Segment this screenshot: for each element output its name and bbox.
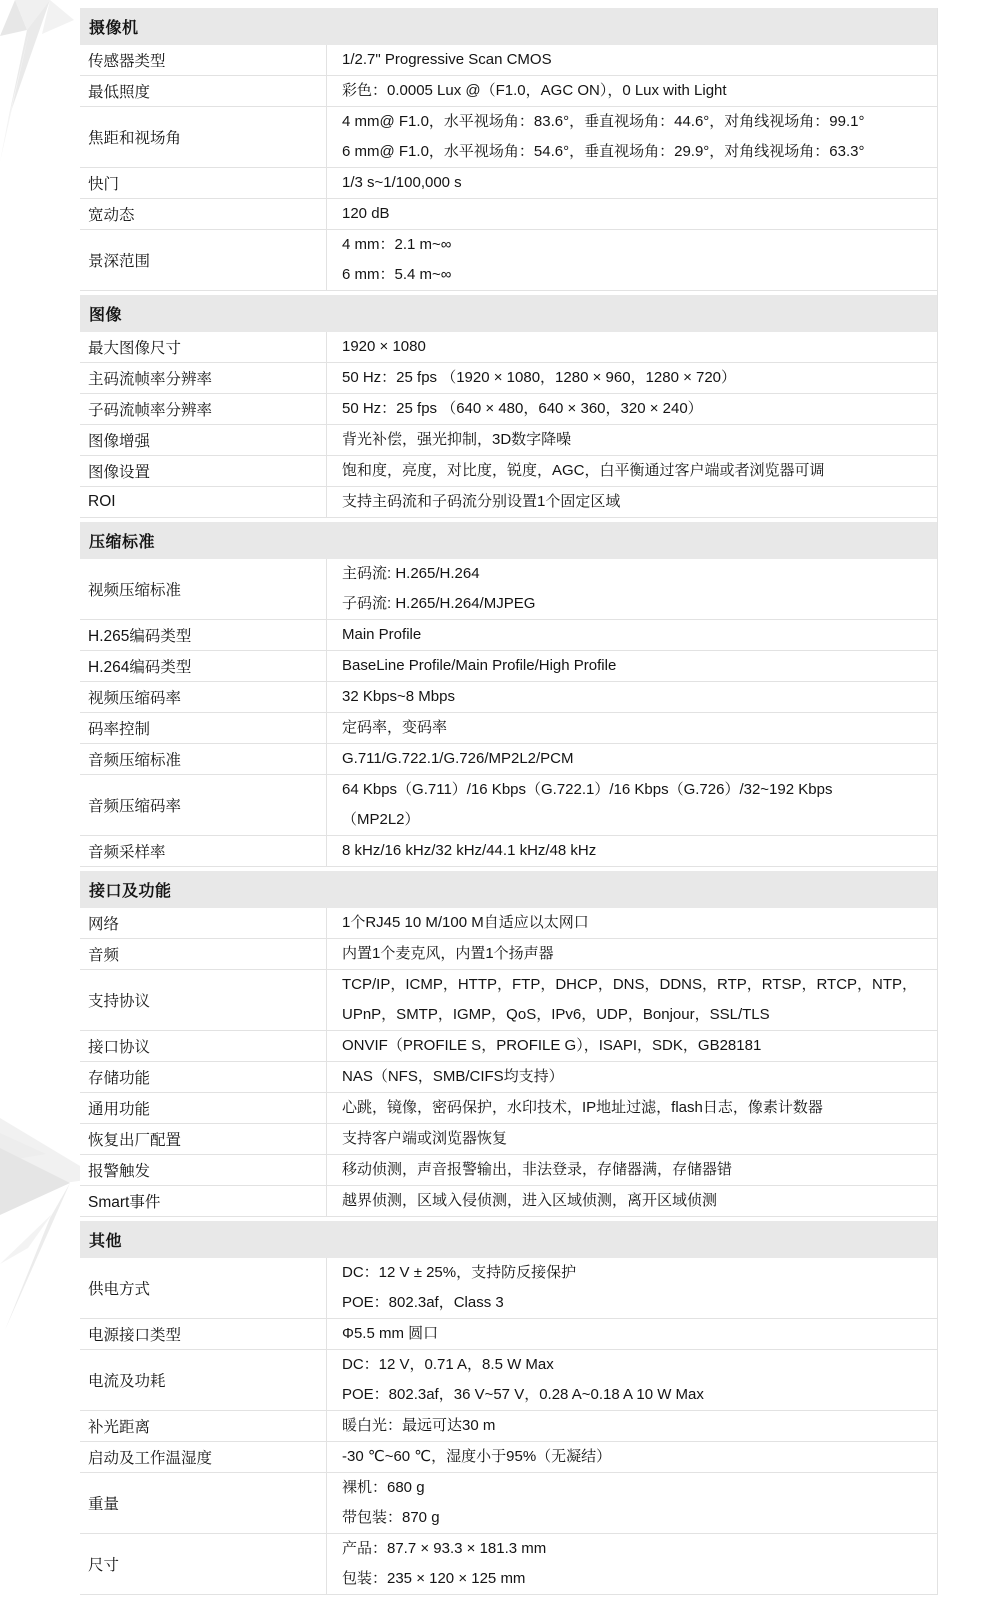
- section-title: 摄像机: [89, 15, 139, 38]
- section-title: 其他: [89, 1228, 122, 1251]
- spec-value: 32 Kbps~8 Mbps: [326, 682, 937, 712]
- spec-label: H.264编码类型: [80, 651, 326, 681]
- spec-row: 视频压缩码率 32 Kbps~8 Mbps: [80, 682, 937, 713]
- spec-label: 图像设置: [80, 456, 326, 486]
- spec-value-line: DC：12 V ± 25%，支持防反接保护: [342, 1258, 922, 1288]
- spec-label: 传感器类型: [80, 45, 326, 75]
- section-header: 压缩标准: [80, 522, 937, 559]
- spec-value-line: 8 kHz/16 kHz/32 kHz/44.1 kHz/48 kHz: [342, 836, 922, 866]
- spec-value: ONVIF（PROFILE S，PROFILE G），ISAPI，SDK，GB2…: [326, 1031, 937, 1061]
- spec-label: 尺寸: [80, 1534, 326, 1594]
- spec-row: 最大图像尺寸 1920 × 1080: [80, 332, 937, 363]
- spec-value: 64 Kbps（G.711）/16 Kbps（G.722.1）/16 Kbps（…: [326, 775, 937, 835]
- spec-value-line: 1/2.7" Progressive Scan CMOS: [342, 45, 922, 75]
- spec-value: 1个RJ45 10 M/100 M自适应以太网口: [326, 908, 937, 938]
- spec-label: 补光距离: [80, 1411, 326, 1441]
- spec-value-line: 产品：87.7 × 93.3 × 181.3 mm: [342, 1534, 922, 1564]
- spec-value-line: 64 Kbps（G.711）/16 Kbps（G.722.1）/16 Kbps（…: [342, 775, 922, 805]
- spec-value: 内置1个麦克风，内置1个扬声器: [326, 939, 937, 969]
- spec-value-line: ONVIF（PROFILE S，PROFILE G），ISAPI，SDK，GB2…: [342, 1031, 922, 1061]
- spec-row: 焦距和视场角 4 mm@ F1.0，水平视场角：83.6°，垂直视场角：44.6…: [80, 107, 937, 168]
- spec-value-line: POE：802.3af，Class 3: [342, 1288, 922, 1318]
- spec-value: 越界侦测，区域入侵侦测，进入区域侦测，离开区域侦测: [326, 1186, 937, 1216]
- spec-value: 4 mm@ F1.0，水平视场角：83.6°，垂直视场角：44.6°，对角线视场…: [326, 107, 937, 167]
- spec-value: 彩色：0.0005 Lux @（F1.0，AGC ON），0 Lux with …: [326, 76, 937, 106]
- spec-value: 50 Hz：25 fps （640 × 480，640 × 360，320 × …: [326, 394, 937, 424]
- spec-value-line: UPnP，SMTP，IGMP，QoS，IPv6，UDP，Bonjour，SSL/…: [342, 1000, 922, 1030]
- section-header: 接口及功能: [80, 871, 937, 908]
- spec-value-line: 1个RJ45 10 M/100 M自适应以太网口: [342, 908, 922, 938]
- spec-value-line: 1920 × 1080: [342, 332, 922, 362]
- spec-row: Smart事件 越界侦测，区域入侵侦测，进入区域侦测，离开区域侦测: [80, 1186, 937, 1217]
- spec-label: 音频采样率: [80, 836, 326, 866]
- spec-row: 电源接口类型 Φ5.5 mm 圆口: [80, 1319, 937, 1350]
- spec-value-line: 彩色：0.0005 Lux @（F1.0，AGC ON），0 Lux with …: [342, 76, 922, 106]
- spec-row: 支持协议 TCP/IP，ICMP，HTTP，FTP，DHCP，DNS，DDNS，…: [80, 970, 937, 1031]
- spec-row: 恢复出厂配置 支持客户端或浏览器恢复: [80, 1124, 937, 1155]
- spec-value-line: 定码率，变码率: [342, 713, 922, 743]
- spec-value: -30 ℃~60 ℃，湿度小于95%（无凝结）: [326, 1442, 937, 1472]
- spec-label: Smart事件: [80, 1186, 326, 1216]
- section-header: 图像: [80, 295, 937, 332]
- spec-value: 饱和度，亮度，对比度，锐度，AGC，白平衡通过客户端或者浏览器可调: [326, 456, 937, 486]
- section-title: 接口及功能: [89, 878, 172, 901]
- spec-label: 恢复出厂配置: [80, 1124, 326, 1154]
- spec-value: DC：12 V，0.71 A，8.5 W MaxPOE：802.3af，36 V…: [326, 1350, 937, 1410]
- spec-value: 1920 × 1080: [326, 332, 937, 362]
- spec-label: 电源接口类型: [80, 1319, 326, 1349]
- spec-row: 传感器类型 1/2.7" Progressive Scan CMOS: [80, 45, 937, 76]
- spec-label: ROI: [80, 487, 326, 517]
- spec-value-line: 50 Hz：25 fps （1920 × 1080，1280 × 960，128…: [342, 363, 922, 393]
- spec-value-line: 饱和度，亮度，对比度，锐度，AGC，白平衡通过客户端或者浏览器可调: [342, 456, 922, 486]
- spec-value-line: 32 Kbps~8 Mbps: [342, 682, 922, 712]
- spec-label: 视频压缩标准: [80, 559, 326, 619]
- spec-value-line: 6 mm：5.4 m~∞: [342, 260, 922, 290]
- spec-value-line: 1/3 s~1/100,000 s: [342, 168, 922, 198]
- spec-value-line: G.711/G.722.1/G.726/MP2L2/PCM: [342, 744, 922, 774]
- spec-value: 8 kHz/16 kHz/32 kHz/44.1 kHz/48 kHz: [326, 836, 937, 866]
- spec-row: 音频采样率 8 kHz/16 kHz/32 kHz/44.1 kHz/48 kH…: [80, 836, 937, 867]
- spec-value-line: DC：12 V，0.71 A，8.5 W Max: [342, 1350, 922, 1380]
- spec-value-line: 6 mm@ F1.0，水平视场角：54.6°，垂直视场角：29.9°，对角线视场…: [342, 137, 922, 167]
- spec-value-line: NAS（NFS，SMB/CIFS均支持）: [342, 1062, 922, 1092]
- spec-label: 码率控制: [80, 713, 326, 743]
- spec-row: 报警触发 移动侦测，声音报警输出，非法登录，存储器满，存储器错: [80, 1155, 937, 1186]
- spec-row: H.264编码类型 BaseLine Profile/Main Profile/…: [80, 651, 937, 682]
- spec-value-line: 子码流: H.265/H.264/MJPEG: [342, 589, 922, 619]
- spec-label: 音频: [80, 939, 326, 969]
- spec-value: 裸机：680 g带包装：870 g: [326, 1473, 937, 1533]
- spec-value-line: 暖白光：最远可达30 m: [342, 1411, 922, 1441]
- spec-row: 启动及工作温湿度 -30 ℃~60 ℃，湿度小于95%（无凝结）: [80, 1442, 937, 1473]
- spec-label: 重量: [80, 1473, 326, 1533]
- spec-label: 快门: [80, 168, 326, 198]
- spec-value-line: POE：802.3af，36 V~57 V，0.28 A~0.18 A 10 W…: [342, 1380, 922, 1410]
- spec-label: 主码流帧率分辨率: [80, 363, 326, 393]
- spec-value: 暖白光：最远可达30 m: [326, 1411, 937, 1441]
- spec-label: 电流及功耗: [80, 1350, 326, 1410]
- spec-row: 接口协议 ONVIF（PROFILE S，PROFILE G），ISAPI，SD…: [80, 1031, 937, 1062]
- spec-label: 最大图像尺寸: [80, 332, 326, 362]
- spec-value-line: 背光补偿，强光抑制，3D数字降噪: [342, 425, 922, 455]
- spec-value-line: 裸机：680 g: [342, 1473, 922, 1503]
- spec-label: 启动及工作温湿度: [80, 1442, 326, 1472]
- spec-label: 支持协议: [80, 970, 326, 1030]
- spec-label: 景深范围: [80, 230, 326, 290]
- spec-value-line: 内置1个麦克风，内置1个扬声器: [342, 939, 922, 969]
- spec-value-line: 4 mm：2.1 m~∞: [342, 230, 922, 260]
- spec-label: 图像增强: [80, 425, 326, 455]
- spec-value-line: 50 Hz：25 fps （640 × 480，640 × 360，320 × …: [342, 394, 922, 424]
- spec-value-line: 4 mm@ F1.0，水平视场角：83.6°，垂直视场角：44.6°，对角线视场…: [342, 107, 922, 137]
- spec-label: 音频压缩码率: [80, 775, 326, 835]
- spec-label: 视频压缩码率: [80, 682, 326, 712]
- spec-row: 网络 1个RJ45 10 M/100 M自适应以太网口: [80, 908, 937, 939]
- spec-value: 支持主码流和子码流分别设置1个固定区域: [326, 487, 937, 517]
- spec-value-line: 主码流: H.265/H.264: [342, 559, 922, 589]
- section-title: 压缩标准: [89, 529, 155, 552]
- spec-value-line: （MP2L2）: [342, 805, 922, 835]
- spec-label: 音频压缩标准: [80, 744, 326, 774]
- spec-label: 焦距和视场角: [80, 107, 326, 167]
- spec-value-line: 支持主码流和子码流分别设置1个固定区域: [342, 487, 922, 517]
- spec-row: H.265编码类型 Main Profile: [80, 620, 937, 651]
- spec-value-line: 120 dB: [342, 199, 922, 229]
- spec-value: Main Profile: [326, 620, 937, 650]
- spec-value: 50 Hz：25 fps （1920 × 1080，1280 × 960，128…: [326, 363, 937, 393]
- spec-label: 存储功能: [80, 1062, 326, 1092]
- spec-row: 通用功能 心跳，镜像，密码保护，水印技术，IP地址过滤，flash日志，像素计数…: [80, 1093, 937, 1124]
- spec-value: 主码流: H.265/H.264子码流: H.265/H.264/MJPEG: [326, 559, 937, 619]
- spec-value: Φ5.5 mm 圆口: [326, 1319, 937, 1349]
- spec-label: 接口协议: [80, 1031, 326, 1061]
- spec-value: 背光补偿，强光抑制，3D数字降噪: [326, 425, 937, 455]
- spec-value: BaseLine Profile/Main Profile/High Profi…: [326, 651, 937, 681]
- spec-value: 心跳，镜像，密码保护，水印技术，IP地址过滤，flash日志，像素计数器: [326, 1093, 937, 1123]
- spec-value: 移动侦测，声音报警输出，非法登录，存储器满，存储器错: [326, 1155, 937, 1185]
- spec-label: 报警触发: [80, 1155, 326, 1185]
- spec-row: 音频压缩码率 64 Kbps（G.711）/16 Kbps（G.722.1）/1…: [80, 775, 937, 836]
- spec-row: 景深范围 4 mm：2.1 m~∞6 mm：5.4 m~∞: [80, 230, 937, 291]
- spec-value: G.711/G.722.1/G.726/MP2L2/PCM: [326, 744, 937, 774]
- spec-row: 子码流帧率分辨率 50 Hz：25 fps （640 × 480，640 × 3…: [80, 394, 937, 425]
- spec-value-line: 移动侦测，声音报警输出，非法登录，存储器满，存储器错: [342, 1155, 922, 1185]
- spec-value-line: TCP/IP，ICMP，HTTP，FTP，DHCP，DNS，DDNS，RTP，R…: [342, 970, 922, 1000]
- spec-value: 定码率，变码率: [326, 713, 937, 743]
- spec-value-line: 心跳，镜像，密码保护，水印技术，IP地址过滤，flash日志，像素计数器: [342, 1093, 922, 1123]
- spec-row: 音频 内置1个麦克风，内置1个扬声器: [80, 939, 937, 970]
- spec-row: 存储功能 NAS（NFS，SMB/CIFS均支持）: [80, 1062, 937, 1093]
- spec-value: NAS（NFS，SMB/CIFS均支持）: [326, 1062, 937, 1092]
- spec-value-line: Main Profile: [342, 620, 922, 650]
- spec-value: 支持客户端或浏览器恢复: [326, 1124, 937, 1154]
- spec-value-line: 越界侦测，区域入侵侦测，进入区域侦测，离开区域侦测: [342, 1186, 922, 1216]
- spec-value-line: BaseLine Profile/Main Profile/High Profi…: [342, 651, 922, 681]
- spec-value-line: 包装：235 × 120 × 125 mm: [342, 1564, 922, 1594]
- spec-label: 最低照度: [80, 76, 326, 106]
- spec-value-line: Φ5.5 mm 圆口: [342, 1319, 922, 1349]
- spec-row: 音频压缩标准 G.711/G.722.1/G.726/MP2L2/PCM: [80, 744, 937, 775]
- spec-row: 最低照度 彩色：0.0005 Lux @（F1.0，AGC ON），0 Lux …: [80, 76, 937, 107]
- spec-label: 供电方式: [80, 1258, 326, 1318]
- spec-row: 供电方式 DC：12 V ± 25%，支持防反接保护POE：802.3af，Cl…: [80, 1258, 937, 1319]
- spec-row: 电流及功耗 DC：12 V，0.71 A，8.5 W MaxPOE：802.3a…: [80, 1350, 937, 1411]
- spec-label: 网络: [80, 908, 326, 938]
- spec-value-line: 支持客户端或浏览器恢复: [342, 1124, 922, 1154]
- spec-value: 产品：87.7 × 93.3 × 181.3 mm包装：235 × 120 × …: [326, 1534, 937, 1594]
- spec-value-line: 带包装：870 g: [342, 1503, 922, 1533]
- spec-row: 宽动态 120 dB: [80, 199, 937, 230]
- spec-row: 图像设置 饱和度，亮度，对比度，锐度，AGC，白平衡通过客户端或者浏览器可调: [80, 456, 937, 487]
- spec-row: 视频压缩标准 主码流: H.265/H.264子码流: H.265/H.264/…: [80, 559, 937, 620]
- spec-row: 快门 1/3 s~1/100,000 s: [80, 168, 937, 199]
- spec-label: 宽动态: [80, 199, 326, 229]
- section-title: 图像: [89, 302, 122, 325]
- spec-row: 补光距离 暖白光：最远可达30 m: [80, 1411, 937, 1442]
- spec-row: 主码流帧率分辨率 50 Hz：25 fps （1920 × 1080，1280 …: [80, 363, 937, 394]
- spec-table: 摄像机 传感器类型 1/2.7" Progressive Scan CMOS 最…: [80, 8, 938, 1595]
- section-header: 摄像机: [80, 8, 937, 45]
- spec-label: 子码流帧率分辨率: [80, 394, 326, 424]
- spec-row: 图像增强 背光补偿，强光抑制，3D数字降噪: [80, 425, 937, 456]
- spec-row: 尺寸 产品：87.7 × 93.3 × 181.3 mm包装：235 × 120…: [80, 1534, 937, 1595]
- spec-value: 1/3 s~1/100,000 s: [326, 168, 937, 198]
- spec-value: DC：12 V ± 25%，支持防反接保护POE：802.3af，Class 3: [326, 1258, 937, 1318]
- spec-label: 通用功能: [80, 1093, 326, 1123]
- spec-value-line: -30 ℃~60 ℃，湿度小于95%（无凝结）: [342, 1442, 922, 1472]
- spec-row: ROI 支持主码流和子码流分别设置1个固定区域: [80, 487, 937, 518]
- spec-row: 码率控制 定码率，变码率: [80, 713, 937, 744]
- section-header: 其他: [80, 1221, 937, 1258]
- spec-value: 1/2.7" Progressive Scan CMOS: [326, 45, 937, 75]
- spec-row: 重量 裸机：680 g带包装：870 g: [80, 1473, 937, 1534]
- spec-value: TCP/IP，ICMP，HTTP，FTP，DHCP，DNS，DDNS，RTP，R…: [326, 970, 937, 1030]
- spec-value: 120 dB: [326, 199, 937, 229]
- spec-label: H.265编码类型: [80, 620, 326, 650]
- spec-value: 4 mm：2.1 m~∞6 mm：5.4 m~∞: [326, 230, 937, 290]
